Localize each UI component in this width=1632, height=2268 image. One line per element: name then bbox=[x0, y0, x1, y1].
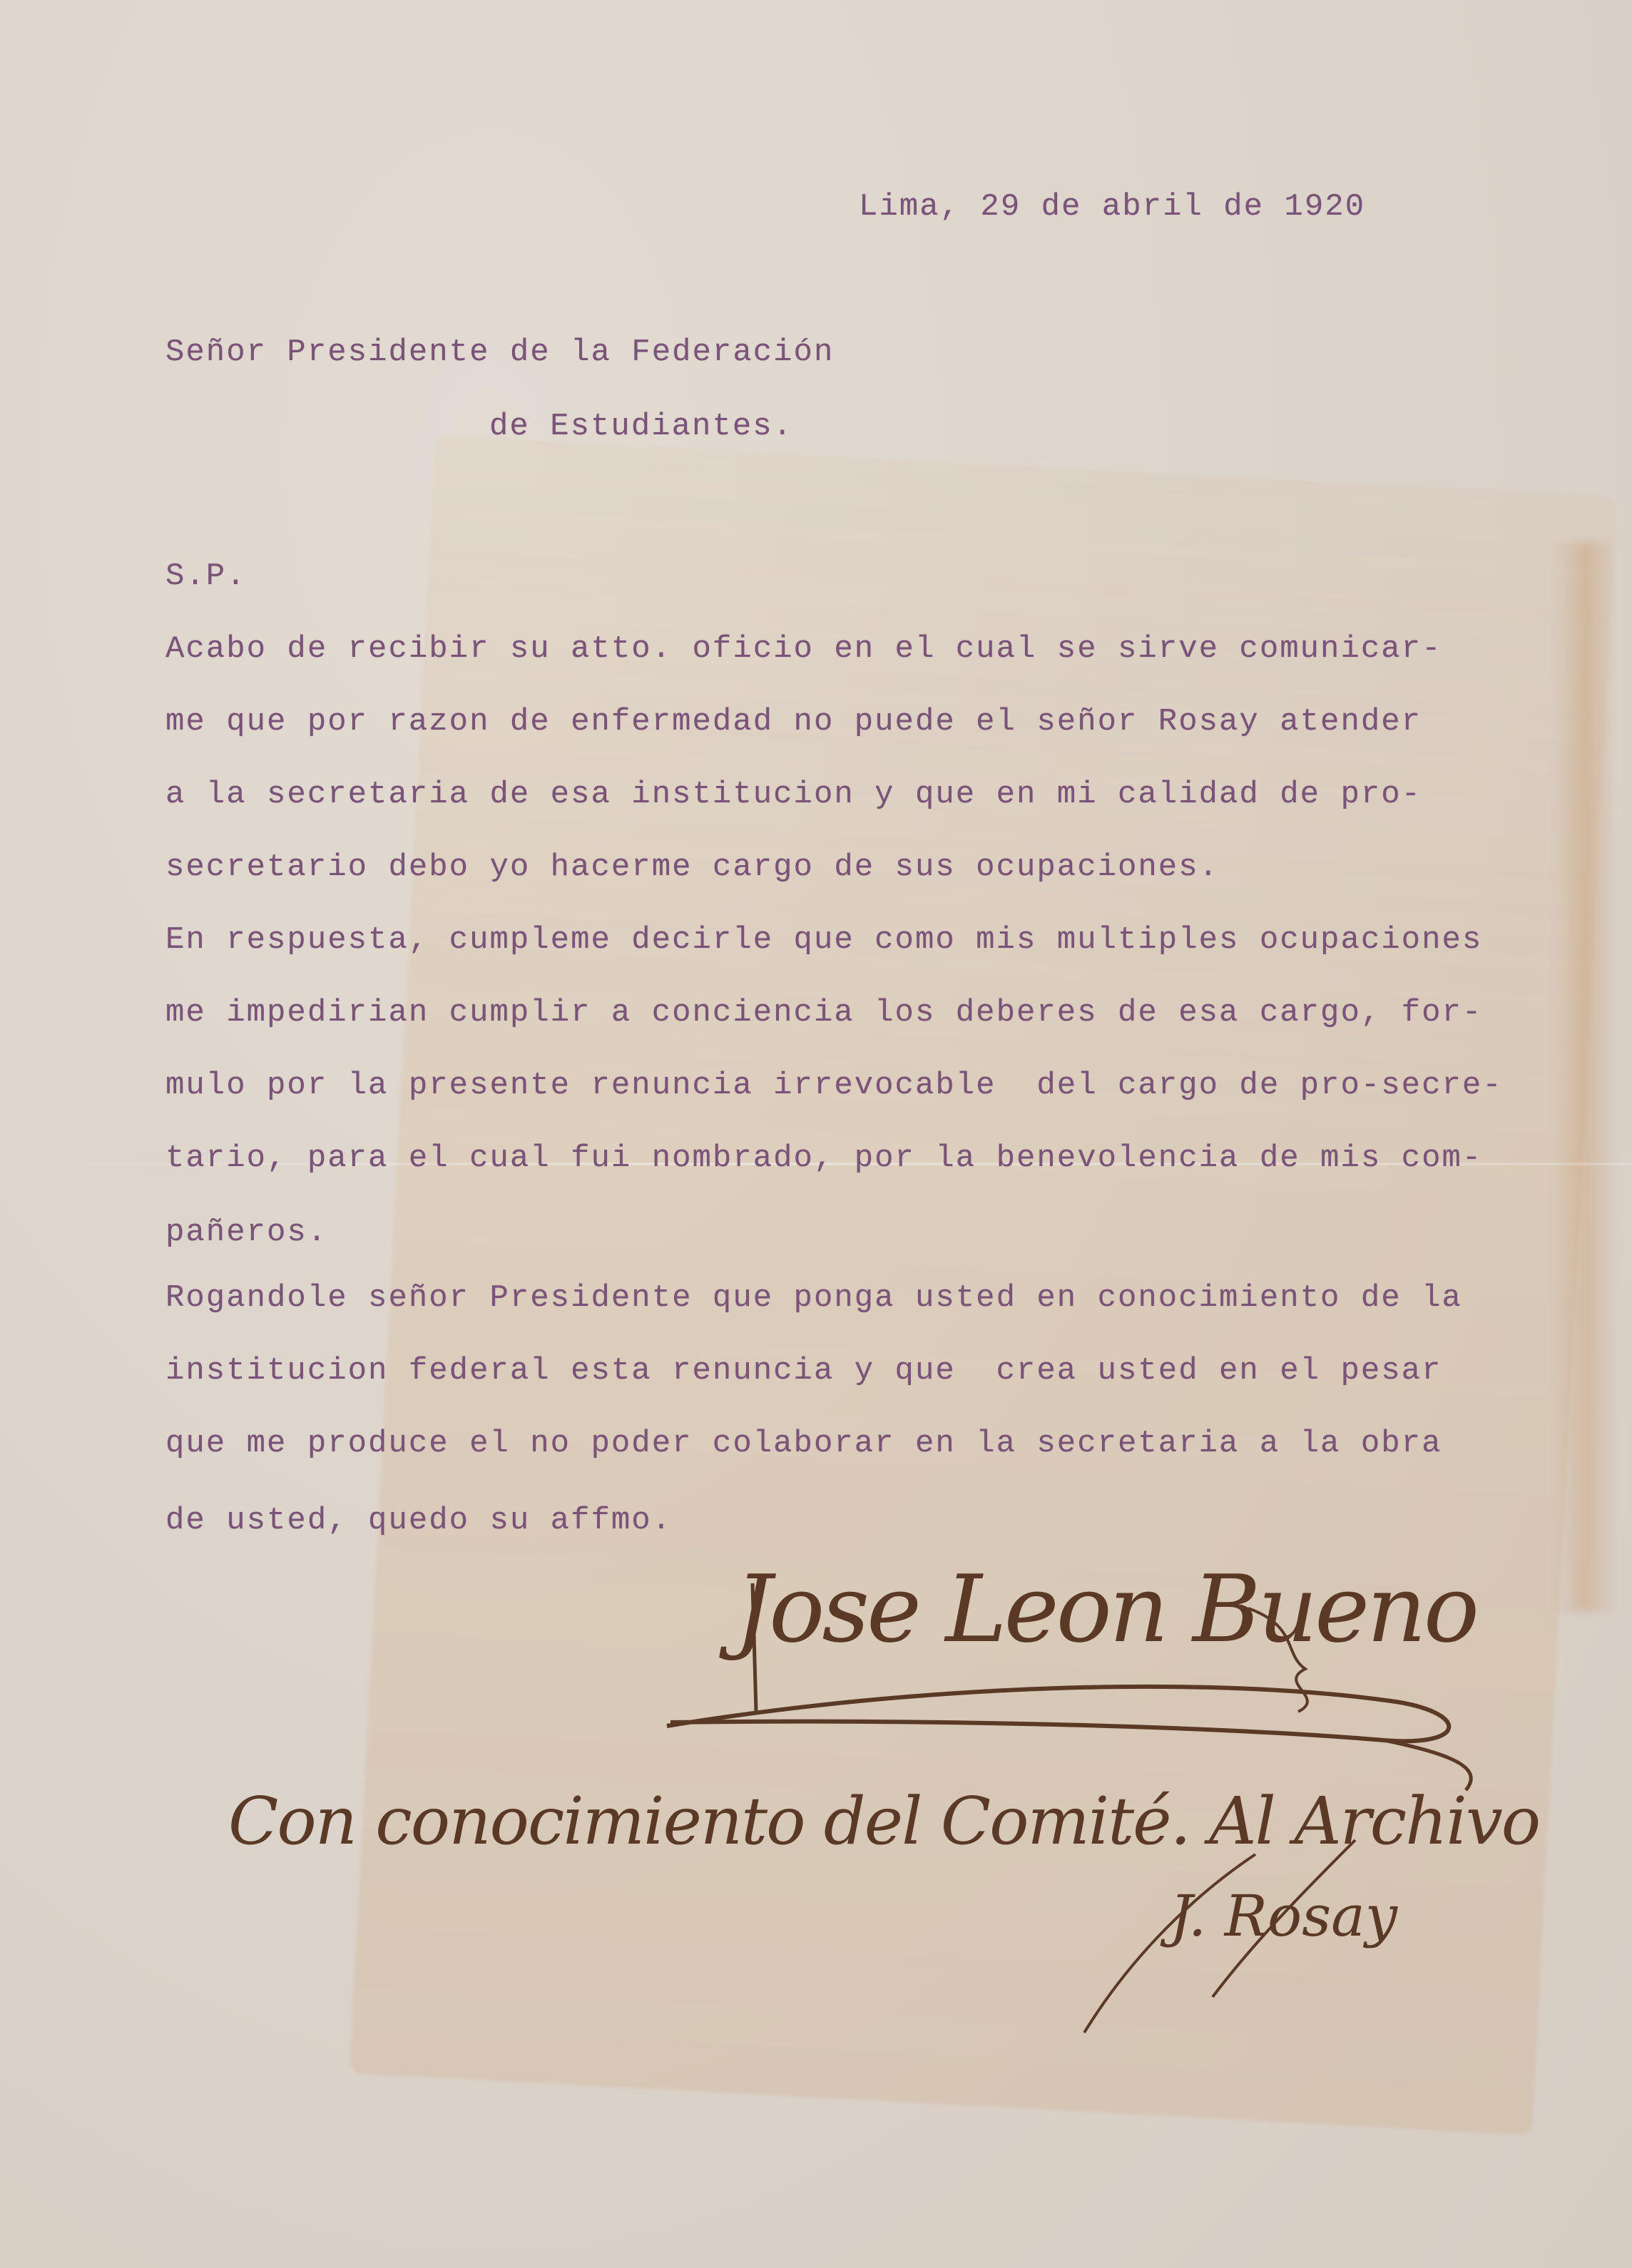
handwritten-initials: J. Rosay bbox=[1170, 1883, 1397, 1949]
letter-page: Lima, 29 de abril de 1920 Señor Presiden… bbox=[0, 0, 1632, 2268]
handwritten-note: Con conocimiento del Comité. Al Archivo bbox=[228, 1783, 1539, 1859]
